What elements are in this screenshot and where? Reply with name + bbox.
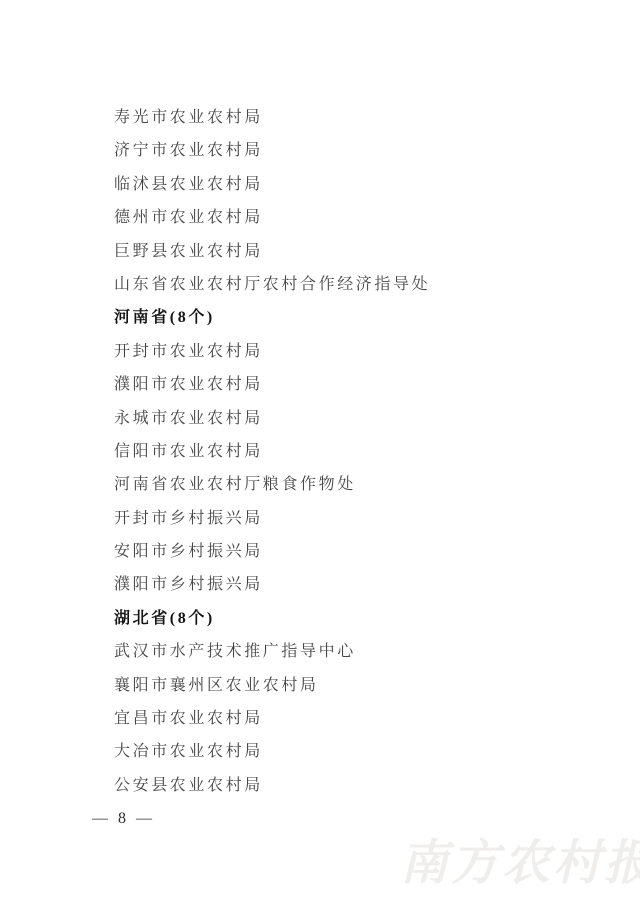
list-item: 信阳市农业农村局 [114,435,620,468]
list-item: 开封市乡村振兴局 [114,502,620,535]
list-item: 武汉市水产技术推广指导中心 [114,635,620,668]
watermark: 南方农村报 [400,824,640,893]
list-item: 襄阳市襄州区农业农村局 [114,669,620,702]
list-item: 开封市农业农村局 [114,335,620,368]
list-item: 濮阳市乡村振兴局 [114,568,620,601]
list-item: 宜昌市农业农村局 [114,702,620,735]
list-item: 公安县农业农村局 [114,769,620,802]
section-heading-hubei: 湖北省(8个) [114,602,620,635]
list-item: 濮阳市农业农村局 [114,368,620,401]
list-item: 德州市农业农村局 [114,201,620,234]
list-item: 寿光市农业农村局 [114,101,620,134]
section-heading-henan: 河南省(8个) [114,301,620,334]
list-item: 济宁市农业农村局 [114,134,620,167]
list-item: 大冶市农业农村局 [114,735,620,768]
list-item: 临沭县农业农村局 [114,168,620,201]
list-item: 安阳市乡村振兴局 [114,535,620,568]
list-item: 永城市农业农村局 [114,402,620,435]
document-page: 寿光市农业农村局 济宁市农业农村局 临沭县农业农村局 德州市农业农村局 巨野县农… [0,0,640,905]
bureau-list: 寿光市农业农村局 济宁市农业农村局 临沭县农业农村局 德州市农业农村局 巨野县农… [114,101,620,802]
page-number: — 8 — [92,810,155,828]
list-item: 河南省农业农村厅粮食作物处 [114,468,620,501]
list-item: 巨野县农业农村局 [114,235,620,268]
list-item: 山东省农业农村厅农村合作经济指导处 [114,268,620,301]
